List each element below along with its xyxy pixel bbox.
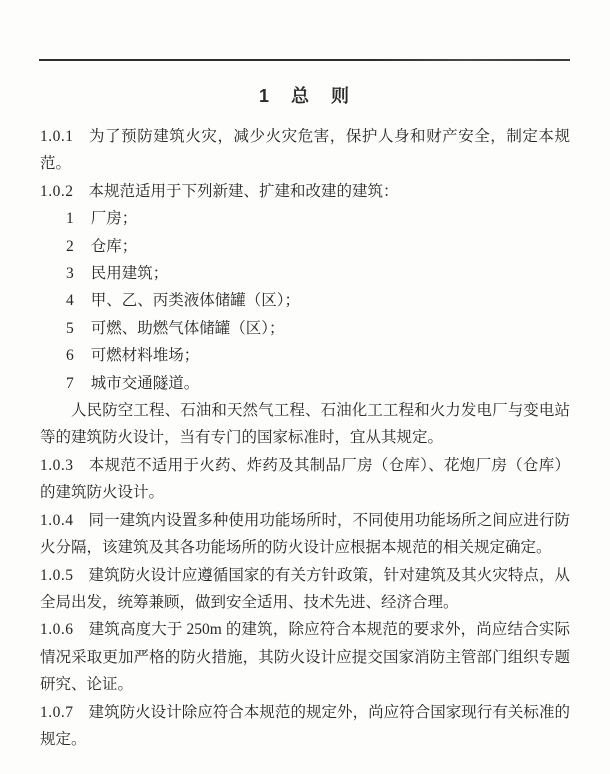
clause: 1.0.5建筑防火设计应遵循国家的有关方针政策，针对建筑及其火灾特点，从全局出发… xyxy=(40,562,570,617)
clause-text: 建筑防火设计应遵循国家的有关方针政策，针对建筑及其火灾特点，从全局出发，统筹兼顾… xyxy=(40,567,570,611)
clause: 1.0.4同一建筑内设置多种使用功能场所时，不同使用功能场所之间应进行防火分隔，… xyxy=(40,507,570,562)
clause-text: 本规范不适用于火药、炸药及其制品厂房（仓库）、花炮厂房（仓库）的建筑防火设计。 xyxy=(40,457,570,501)
list-item-number: 4 xyxy=(66,292,74,309)
list-item-text: 仓库； xyxy=(91,238,138,255)
clause-text: 本规范适用于下列新建、扩建和改建的建筑： xyxy=(89,183,399,200)
clause-text: 为了预防建筑火灾，减少火灾危害，保护人身和财产安全，制定本规范。 xyxy=(40,128,570,172)
list-item-text: 城市交通隧道。 xyxy=(91,375,200,392)
list-item-number: 5 xyxy=(66,320,74,337)
list-item-number: 1 xyxy=(66,210,74,227)
list-item-text: 民用建筑； xyxy=(91,265,169,282)
document-body: 1.0.1为了预防建筑火灾，减少火灾危害，保护人身和财产安全，制定本规范。 1.… xyxy=(40,123,570,753)
header-rule xyxy=(39,59,570,61)
list-item: 6可燃材料堆场； xyxy=(40,342,570,369)
clause-number: 1.0.4 xyxy=(40,512,74,529)
list-item: 7城市交通隧道。 xyxy=(40,370,570,397)
list-item-text: 厂房； xyxy=(91,210,138,227)
list-item-text: 可燃、助燃气体储罐（区）； xyxy=(91,320,285,337)
clause-number: 1.0.2 xyxy=(40,183,74,200)
list-item: 4甲、乙、丙类液体储罐（区）； xyxy=(40,287,570,314)
list-item-number: 6 xyxy=(66,347,74,364)
list-item-number: 3 xyxy=(66,265,74,282)
chapter-title: 1 总 则 xyxy=(0,82,610,108)
clause-number: 1.0.3 xyxy=(40,457,74,474)
list-item-text: 甲、乙、丙类液体储罐（区）； xyxy=(91,292,300,309)
list-item-text: 可燃材料堆场； xyxy=(91,347,200,364)
clause: 1.0.1为了预防建筑火灾，减少火灾危害，保护人身和财产安全，制定本规范。 xyxy=(40,123,570,178)
list-item: 5可燃、助燃气体储罐（区）； xyxy=(40,315,570,342)
clause-text: 建筑防火设计除应符合本规范的规定外，尚应符合国家现行有关标准的规定。 xyxy=(40,704,570,748)
clause-number: 1.0.5 xyxy=(40,567,74,584)
list-item: 3民用建筑； xyxy=(40,260,570,287)
clause-number: 1.0.6 xyxy=(40,621,74,638)
clause: 1.0.7建筑防火设计除应符合本规范的规定外，尚应符合国家现行有关标准的规定。 xyxy=(40,699,570,754)
list-item-number: 7 xyxy=(66,375,74,392)
list-item: 2仓库； xyxy=(40,233,570,260)
note-paragraph: 人民防空工程、石油和天然气工程、石油化工工程和火力发电厂与变电站等的建筑防火设计… xyxy=(40,397,570,452)
clause: 1.0.6建筑高度大于 250m 的建筑，除应符合本规范的要求外，尚应结合实际情… xyxy=(40,616,570,698)
clause-number: 1.0.1 xyxy=(40,128,74,145)
clause: 1.0.3本规范不适用于火药、炸药及其制品厂房（仓库）、花炮厂房（仓库）的建筑防… xyxy=(40,452,570,507)
list-item-number: 2 xyxy=(66,238,74,255)
document-page: 1 总 则 1.0.1为了预防建筑火灾，减少火灾危害，保护人身和财产安全，制定本… xyxy=(0,0,610,774)
clause-text: 建筑高度大于 250m 的建筑，除应符合本规范的要求外，尚应结合实际情况采取更加… xyxy=(40,621,570,693)
clause-number: 1.0.7 xyxy=(40,704,74,721)
list-item: 1厂房； xyxy=(40,205,570,232)
clause-text: 同一建筑内设置多种使用功能场所时，不同使用功能场所之间应进行防火分隔，该建筑及其… xyxy=(40,512,570,556)
clause: 1.0.2本规范适用于下列新建、扩建和改建的建筑： xyxy=(40,178,570,205)
